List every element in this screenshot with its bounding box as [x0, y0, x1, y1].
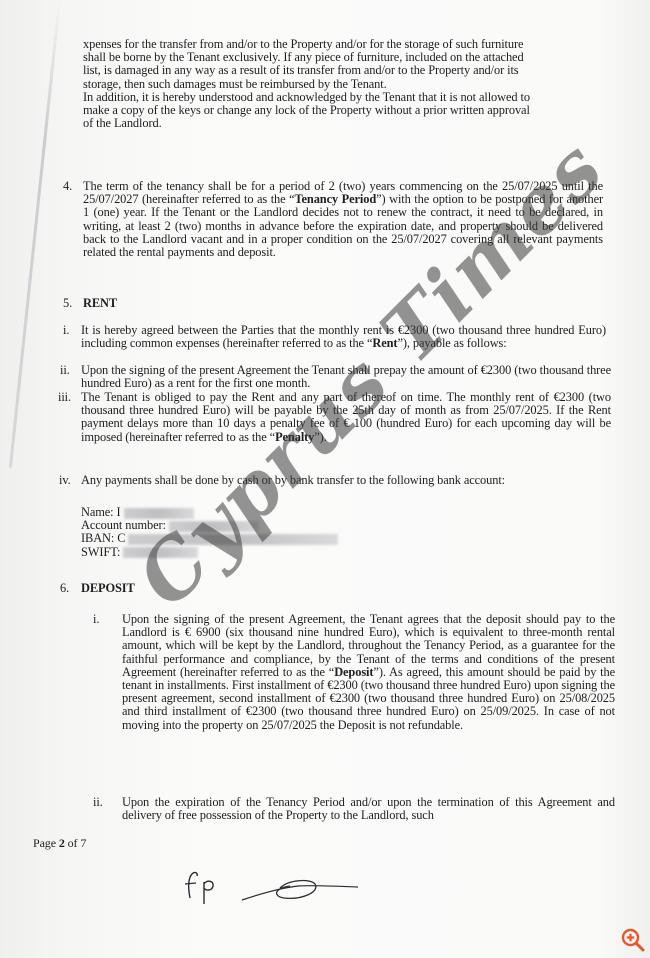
redacted-swift: [123, 547, 198, 558]
rent-item-number: i.: [63, 324, 69, 337]
deposit-item: Upon the signing of the present Agreemen…: [122, 613, 615, 732]
bank-name-row: Name: I: [81, 506, 381, 519]
bank-iban-row: IBAN: C: [81, 532, 381, 545]
zoom-in-icon: [620, 927, 646, 953]
deposit-item-number: ii.: [93, 796, 103, 809]
rent-item: It is hereby agreed between the Parties …: [81, 324, 606, 350]
section-5-heading: RENT: [83, 297, 117, 310]
signature-scribble-icon: [180, 860, 370, 910]
document-page: xpenses for the transfer from and/or to …: [0, 0, 650, 958]
zoom-in-button[interactable]: [620, 927, 646, 953]
deposit-item: Upon the expiration of the Tenancy Perio…: [122, 796, 615, 822]
redacted-iban: [128, 534, 338, 545]
bank-swift-row: SWIFT:: [81, 546, 381, 559]
paper-fold-shadow: [9, 0, 61, 468]
bank-details: Name: I Account number: IBAN: C SWIFT:: [81, 506, 381, 559]
intro-line: list, is damaged in any way as a result …: [83, 64, 603, 77]
page-number: Page 2 of 7: [33, 837, 86, 850]
intro-paragraph: xpenses for the transfer from and/or to …: [83, 38, 603, 130]
rent-item-number: iv.: [59, 474, 71, 487]
term-deposit: Deposit: [334, 665, 373, 679]
rent-item: Any payments shall be done by cash or by…: [81, 474, 611, 487]
rent-item-number: iii.: [58, 391, 71, 404]
deposit-item-number: i.: [93, 613, 99, 626]
rent-item-number: ii.: [60, 364, 70, 377]
section-5-number: 5.: [63, 297, 72, 310]
section-6-heading: DEPOSIT: [81, 582, 135, 595]
clause-4-text: The term of the tenancy shall be for a p…: [83, 180, 603, 259]
section-6-number: 6.: [60, 582, 69, 595]
clause-4-number: 4.: [63, 180, 72, 193]
intro-line: of the Landlord.: [83, 117, 603, 130]
rent-item: The Tenant is obliged to pay the Rent an…: [81, 391, 611, 444]
term-penalty: Penalty: [275, 430, 314, 444]
signature: [180, 860, 370, 914]
term-tenancy-period: Tenancy Period: [294, 192, 376, 206]
redacted-name: [124, 508, 194, 519]
intro-line: storage, then such damages must be reimb…: [83, 78, 603, 91]
redacted-account: [169, 521, 259, 532]
rent-item: Upon the signing of the present Agreemen…: [81, 364, 611, 390]
